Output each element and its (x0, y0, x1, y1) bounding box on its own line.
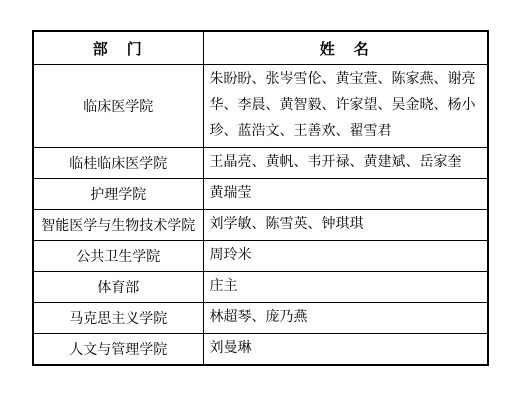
names-cell: 周玲米 (203, 241, 488, 272)
names-cell: 朱盼盼、张岑雪伦、黄宝萱、陈家燕、谢亮华、李晨、黄智毅、许家望、吴金晓、杨小珍、… (203, 65, 488, 148)
department-cell: 人文与管理学院 (33, 334, 203, 366)
table-row: 临桂临床医学院 王晶亮、黄帆、韦开禄、黄建斌、岳家奎 (33, 148, 488, 179)
table-row: 体育部 庄主 (33, 272, 488, 303)
department-cell: 马克思主义学院 (33, 303, 203, 334)
table-row: 人文与管理学院 刘曼琳 (33, 334, 488, 366)
names-cell: 庄主 (203, 272, 488, 303)
department-cell: 护理学院 (33, 179, 203, 210)
table-row: 智能医学与生物技术学院 刘学敏、陈雪英、钟琪琪 (33, 210, 488, 241)
department-cell: 智能医学与生物技术学院 (33, 210, 203, 241)
names-cell: 刘学敏、陈雪英、钟琪琪 (203, 210, 488, 241)
department-names-table: 部 门 姓 名 临床医学院 朱盼盼、张岑雪伦、黄宝萱、陈家燕、谢亮华、李晨、黄智… (32, 30, 489, 366)
names-cell: 林超琴、庞乃燕 (203, 303, 488, 334)
names-cell: 刘曼琳 (203, 334, 488, 366)
table-row: 马克思主义学院 林超琴、庞乃燕 (33, 303, 488, 334)
header-name: 姓 名 (203, 31, 488, 65)
department-cell: 公共卫生学院 (33, 241, 203, 272)
table-row: 临床医学院 朱盼盼、张岑雪伦、黄宝萱、陈家燕、谢亮华、李晨、黄智毅、许家望、吴金… (33, 65, 488, 148)
names-cell: 王晶亮、黄帆、韦开禄、黄建斌、岳家奎 (203, 148, 488, 179)
department-cell: 临桂临床医学院 (33, 148, 203, 179)
department-cell: 体育部 (33, 272, 203, 303)
names-cell: 黄瑞莹 (203, 179, 488, 210)
header-department: 部 门 (33, 31, 203, 65)
table-header-row: 部 门 姓 名 (33, 31, 488, 65)
table-row: 护理学院 黄瑞莹 (33, 179, 488, 210)
roster-table-container: 部 门 姓 名 临床医学院 朱盼盼、张岑雪伦、黄宝萱、陈家燕、谢亮华、李晨、黄智… (32, 30, 489, 366)
department-cell: 临床医学院 (33, 65, 203, 148)
table-row: 公共卫生学院 周玲米 (33, 241, 488, 272)
